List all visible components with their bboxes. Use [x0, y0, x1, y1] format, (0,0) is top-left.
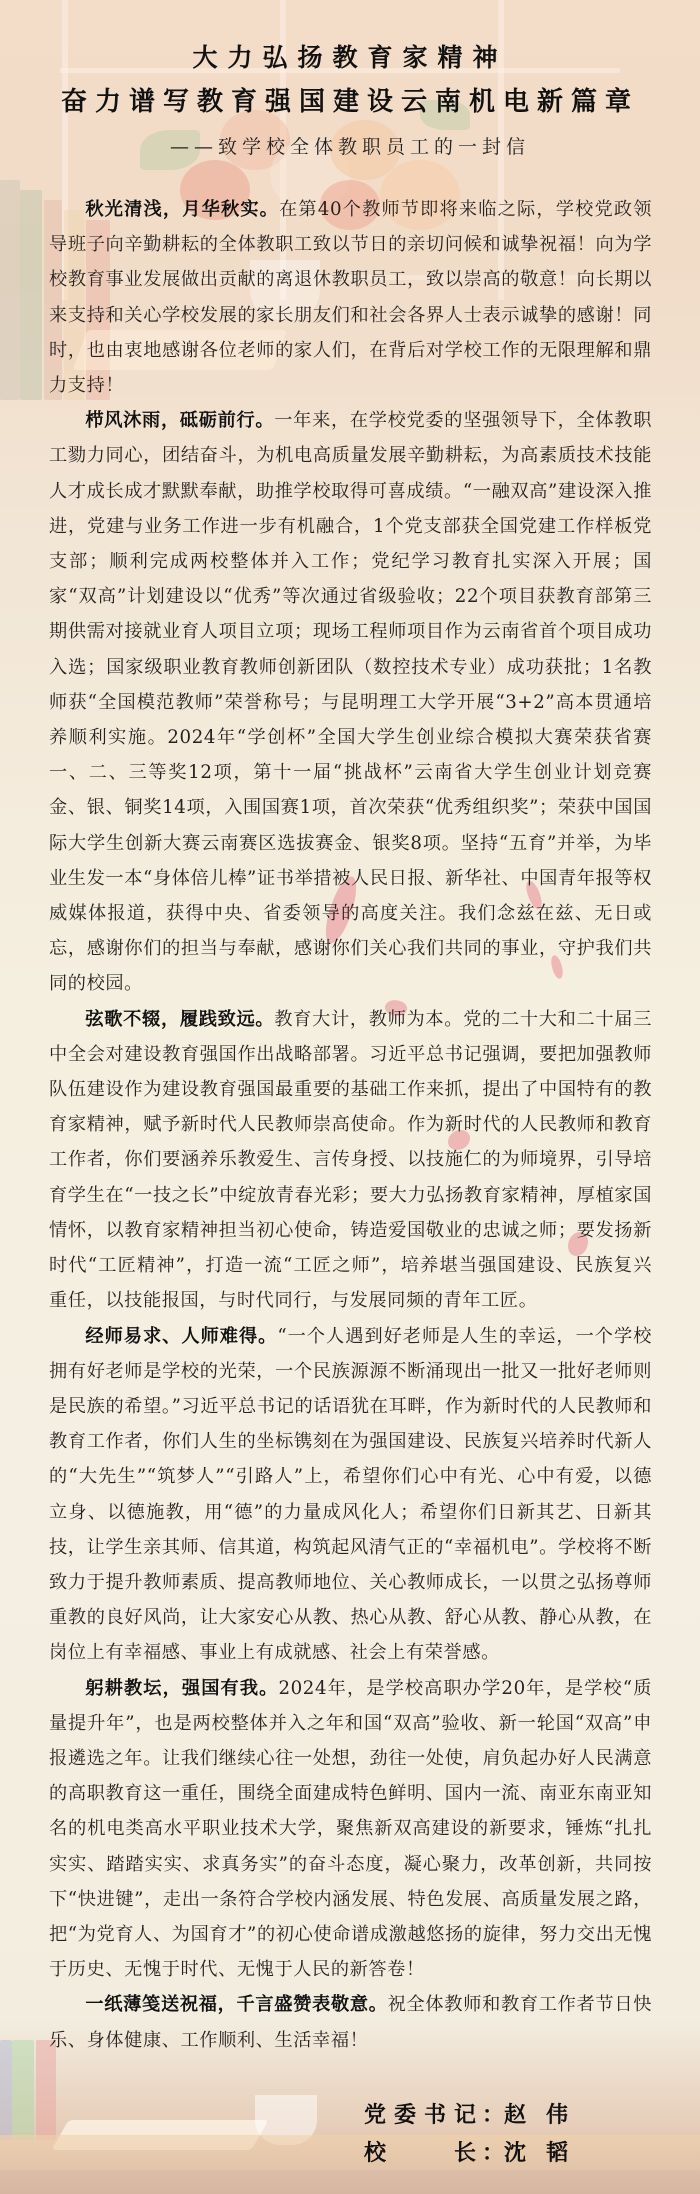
letter-body: 秋光清浅，月华秋实。在第40个教师节即将来临之际，学校党政领导班子向辛勤耕耘的全… [49, 192, 652, 2058]
paragraph-good-teachers: 经师易求、人师难得。“一个人遇到好老师是人生的幸运，一个学校拥有好老师是学校的光… [49, 1319, 652, 1671]
subtitle: ——致学校全体教职员工的一封信 [0, 132, 700, 162]
paragraph-text: 教育大计，教师为本。党的二十大和二十届三中全会对建设教育强国作出战略部署。习近平… [49, 1009, 652, 1312]
desk-surface [0, 2135, 700, 2170]
title-line-1: 大力弘扬教育家精神 [0, 36, 700, 80]
paragraph-educator-spirit: 弦歌不辍，履践致远。教育大计，教师为本。党的二十大和二十届三中全会对建设教育强国… [49, 1002, 652, 1319]
signature-title: 党委书记 [364, 2096, 482, 2134]
signature-name: 赵伟 [504, 2096, 588, 2134]
paragraph-greeting: 秋光清浅，月华秋实。在第40个教师节即将来临之际，学校党政领导班子向辛勤耕耘的全… [49, 192, 652, 403]
signature-name: 沈韬 [504, 2134, 588, 2172]
signature-colon: ： [482, 2096, 504, 2134]
signature-title: 校长 [364, 2134, 482, 2172]
paragraph-lead: 栉风沐雨，砥砺前行。 [85, 410, 274, 431]
signature-block: 党委书记 ： 赵伟 校长 ： 沈韬 [364, 2096, 588, 2172]
paragraph-text: 在第40个教师节即将来临之际，学校党政领导班子向辛勤耕耘的全体教职工致以节日的亲… [49, 199, 652, 396]
paragraph-blessing: 一纸薄笺送祝福，千言盛赞表敬意。祝全体教师和教育工作者节日快乐、身体健康、工作顺… [49, 1987, 652, 2057]
letter-header: 大力弘扬教育家精神 奋力谱写教育强国建设云南机电新篇章 ——致学校全体教职员工的… [0, 36, 700, 162]
paragraph-text: “一个人遇到好老师是人生的幸运，一个学校拥有好老师是学校的光荣，一个民族源源不断… [49, 1326, 652, 1664]
paragraph-lead: 秋光清浅，月华秋实。 [85, 199, 279, 220]
signature-colon: ： [482, 2134, 504, 2172]
paragraph-outlook: 躬耕教坛，强国有我。2024年，是学校高职办学20年，是学校“质量提升年”，也是… [49, 1671, 652, 1988]
open-book-icon [51, 2120, 268, 2150]
paragraph-achievements: 栉风沐雨，砥砺前行。一年来，在学校党委的坚强领导下，全体教职工勠力同心，团结奋斗… [49, 403, 652, 1001]
paragraph-lead: 弦歌不辍，履践致远。 [85, 1009, 274, 1030]
paragraph-text: 2024年，是学校高职办学20年，是学校“质量提升年”，也是两校整体并入之年和国… [49, 1678, 652, 1981]
paragraph-lead: 一纸薄笺送祝福，千言盛赞表敬意。 [85, 1994, 387, 2015]
paragraph-text: 一年来，在学校党委的坚强领导下，全体教职工勠力同心，团结奋斗，为机电高质量发展辛… [49, 410, 652, 994]
title-line-2: 奋力谱写教育强国建设云南机电新篇章 [0, 80, 700, 124]
paragraph-lead: 躬耕教坛，强国有我。 [85, 1678, 278, 1699]
paragraph-lead: 经师易求、人师难得。 [85, 1326, 277, 1347]
signature-president: 校长 ： 沈韬 [364, 2134, 588, 2172]
vase-icon [255, 2095, 317, 2145]
signature-party-secretary: 党委书记 ： 赵伟 [364, 2096, 588, 2134]
